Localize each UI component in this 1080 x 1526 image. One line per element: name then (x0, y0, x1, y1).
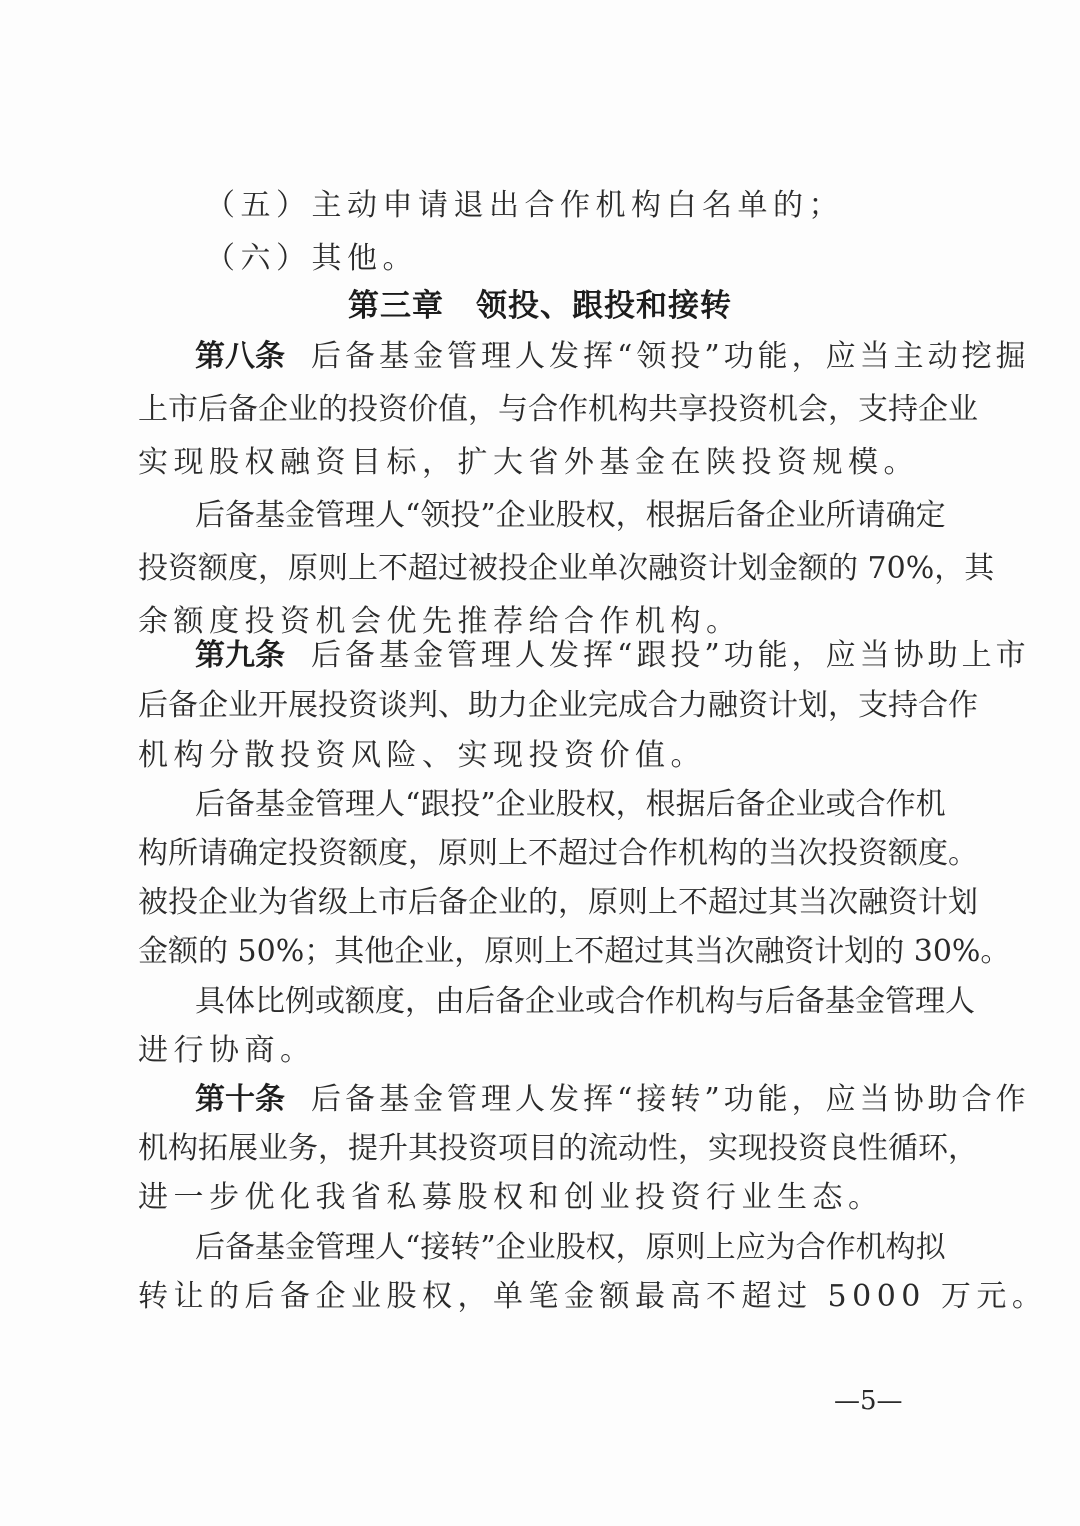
article-9-para-3-line-2: 进行协商。 (138, 1031, 930, 1071)
document-page: （五）主动申请退出合作机构白名单的； （六）其他。 第三章 领投、跟投和接转 第… (0, 0, 1080, 1526)
article-10-line-3: 进一步优化我省私募股权和创业投资行业生态。 (138, 1178, 930, 1218)
article-10-label: 第十条 (195, 1082, 285, 1117)
article-9-line-1: 第九条后备基金管理人发挥“跟投”功能，应当协助上市 (195, 636, 930, 676)
article-9-line-3: 机构分散投资风险、实现投资价值。 (138, 736, 930, 776)
article-8-line-2: 上市后备企业的投资价值，与合作机构共享投资机会，支持企业 (138, 390, 930, 430)
page-number: —5— (834, 1385, 903, 1417)
article-10-para-2-line-2: 转让的后备企业股权，单笔金额最高不超过 5000 万元。 (138, 1277, 930, 1317)
article-10-para-2-line-1: 后备基金管理人“接转”企业股权，原则上应为合作机构拟 (195, 1228, 930, 1268)
article-10-line-2: 机构拓展业务，提升其投资项目的流动性，实现投资良性循环， (138, 1129, 930, 1169)
article-10-line-1: 第十条后备基金管理人发挥“接转”功能，应当协助合作 (195, 1080, 930, 1120)
chapter-heading: 第三章 领投、跟投和接转 (0, 284, 1080, 328)
article-9-label: 第九条 (195, 638, 285, 673)
article-9-para-2-line-4: 金额的 50%；其他企业，原则上不超过其当次融资计划的 30%。 (138, 932, 930, 972)
article-9-para-2-line-3: 被投企业为省级上市后备企业的，原则上不超过其当次融资计划 (138, 883, 930, 923)
article-8-line-3: 实现股权融资目标，扩大省外基金在陕投资规模。 (138, 443, 930, 483)
article-8-para-2-line-2: 投资额度，原则上不超过被投企业单次融资计划金额的 70%，其 (138, 549, 930, 589)
article-8-line-1: 第八条后备基金管理人发挥“领投”功能，应当主动挖掘 (195, 337, 930, 377)
article-9-para-2-line-1: 后备基金管理人“跟投”企业股权，根据后备企业或合作机 (195, 785, 930, 825)
list-item-6: （六）其他。 (205, 239, 935, 279)
list-item-5: （五）主动申请退出合作机构白名单的； (205, 186, 935, 226)
article-9-para-2-line-2: 构所请确定投资额度，原则上不超过合作机构的当次投资额度。 (138, 834, 930, 874)
article-8-label: 第八条 (195, 339, 285, 374)
article-9-line-2: 后备企业开展投资谈判、助力企业完成合力融资计划，支持合作 (138, 686, 930, 726)
article-8-para-2-line-1: 后备基金管理人“领投”企业股权，根据后备企业所请确定 (195, 496, 930, 536)
article-9-para-3-line-1: 具体比例或额度，由后备企业或合作机构与后备基金管理人 (195, 982, 930, 1022)
